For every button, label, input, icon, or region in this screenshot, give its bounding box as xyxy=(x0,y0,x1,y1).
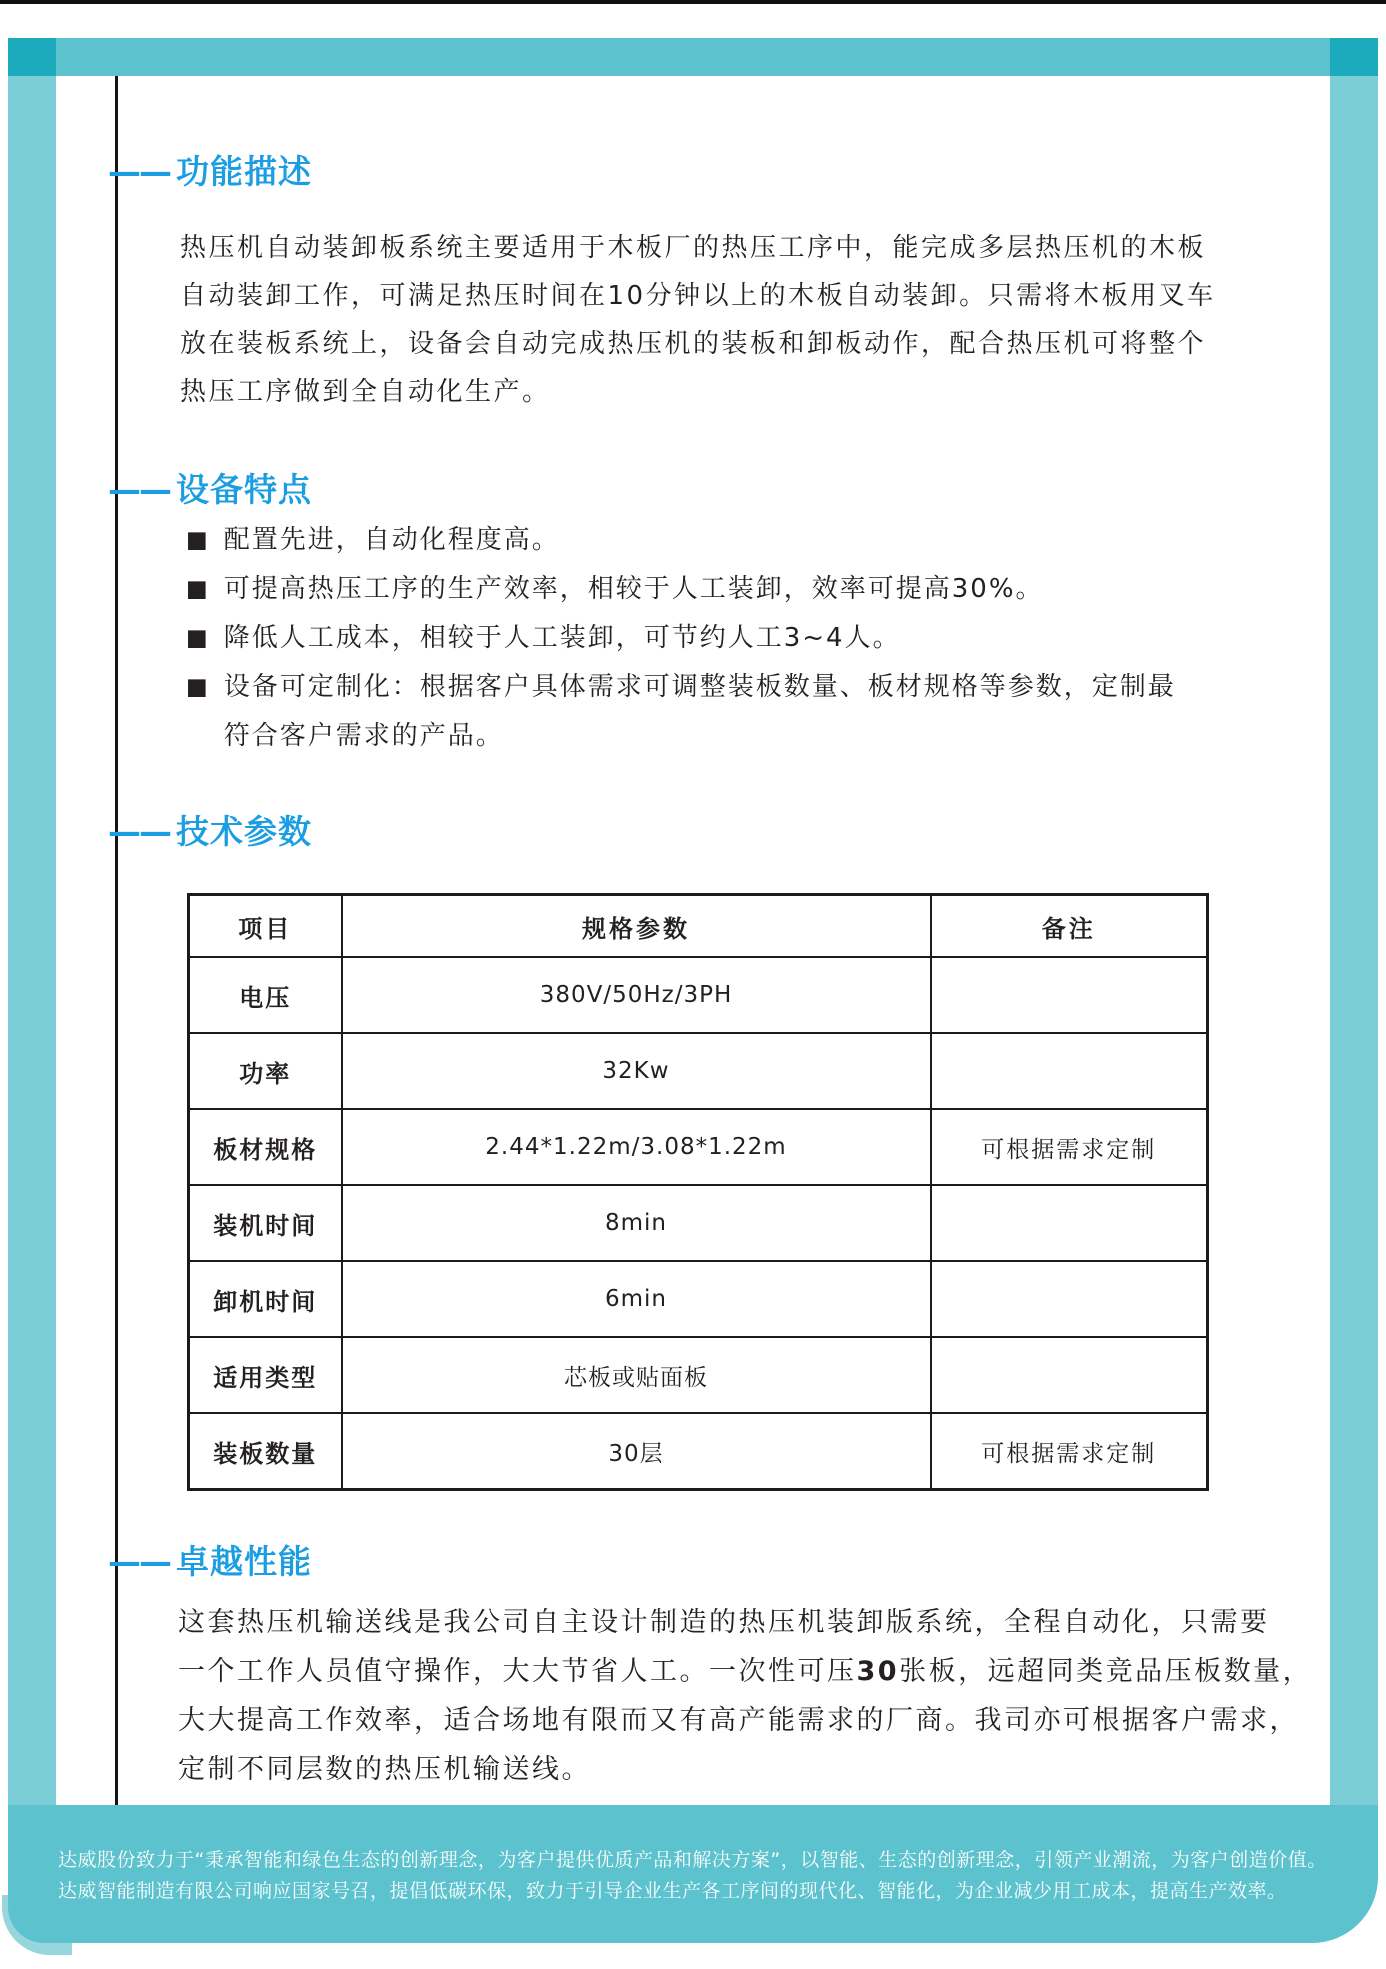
spec-value-cell: 6min xyxy=(342,1261,931,1337)
spec-note-cell xyxy=(931,1337,1208,1413)
bullet-square-icon: ■ xyxy=(186,565,210,614)
text-line: 热压机自动装卸板系统主要适用于木板厂的热压工序中，能完成多层热压机的木板 xyxy=(180,224,1216,272)
bullet-square-icon: ■ xyxy=(186,614,210,663)
feature-item: ■ 设备可定制化：根据客户具体需求可调整装板数量、板材规格等参数，定制最符合客户… xyxy=(186,663,1191,761)
text-line: 这套热压机输送线是我公司自主设计制造的热压机装卸版系统，全程自动化，只需要 xyxy=(178,1598,1312,1647)
spec-note-cell xyxy=(931,1185,1208,1261)
feature-item: ■ 降低人工成本，相较于人工装卸，可节约人工3~4人。 xyxy=(186,614,1191,663)
page-top-border xyxy=(0,0,1386,4)
section-title: 设备特点 xyxy=(176,470,312,510)
spec-item-cell: 装机时间 xyxy=(189,1185,342,1261)
spec-value-cell: 2.44*1.22m/3.08*1.22m xyxy=(342,1109,931,1185)
text-segment: 一个工作人员值守操作，大大节省人工。一次性可压 xyxy=(178,1656,857,1687)
spec-value-cell: 380V/50Hz/3PH xyxy=(342,957,931,1033)
spec-item-cell: 装板数量 xyxy=(189,1413,342,1490)
frame-corner-top-right xyxy=(1330,38,1378,76)
table-row: 适用类型 芯板或贴面板 xyxy=(189,1337,1208,1413)
spec-item-cell: 功率 xyxy=(189,1033,342,1109)
text-line: 大大提高工作效率，适合场地有限而又有高产能需求的厂商。我司亦可根据客户需求， xyxy=(178,1696,1312,1745)
spec-item-cell: 板材规格 xyxy=(189,1109,342,1185)
footer-company-statement: 达威股份致力于“秉承智能和绿色生态的创新理念，为客户提供优质产品和解决方案”，以… xyxy=(58,1845,1338,1907)
spec-note-cell: 可根据需求定制 xyxy=(931,1109,1208,1185)
bullet-square-icon: ■ xyxy=(186,516,210,565)
spec-note-cell xyxy=(931,1261,1208,1337)
feature-item-text: 设备可定制化：根据客户具体需求可调整装板数量、板材规格等参数，定制最符合客户需求… xyxy=(224,663,1191,761)
table-row: 功率 32Kw xyxy=(189,1033,1208,1109)
section-header-specs: —— 技术参数 xyxy=(108,812,312,852)
brochure-page: —— 功能描述 热压机自动装卸板系统主要适用于木板厂的热压工序中，能完成多层热压… xyxy=(0,0,1386,1969)
spec-note-cell xyxy=(931,957,1208,1033)
highlight-number: 30 xyxy=(857,1656,900,1687)
function-description-text: 热压机自动装卸板系统主要适用于木板厂的热压工序中，能完成多层热压机的木板 自动装… xyxy=(180,224,1216,416)
spec-item-cell: 卸机时间 xyxy=(189,1261,342,1337)
section-dash-icon: —— xyxy=(108,470,170,510)
section-dash-icon: —— xyxy=(108,152,170,192)
spec-table-header-row: 项目 规格参数 备注 xyxy=(189,895,1208,958)
footer-line: 达威股份致力于“秉承智能和绿色生态的创新理念，为客户提供优质产品和解决方案”，以… xyxy=(58,1845,1338,1876)
performance-text: 这套热压机输送线是我公司自主设计制造的热压机装卸版系统，全程自动化，只需要 一个… xyxy=(178,1598,1312,1794)
section-title: 卓越性能 xyxy=(176,1542,312,1582)
feature-item: ■ 配置先进，自动化程度高。 xyxy=(186,516,1191,565)
spec-value-cell: 32Kw xyxy=(342,1033,931,1109)
spec-value-cell: 8min xyxy=(342,1185,931,1261)
spec-note-cell xyxy=(931,1033,1208,1109)
frame-right-band xyxy=(1330,76,1378,1805)
feature-item-text: 可提高热压工序的生产效率，相较于人工装卸，效率可提高30%。 xyxy=(224,565,1044,614)
section-title: 功能描述 xyxy=(176,152,312,192)
spec-item-cell: 电压 xyxy=(189,957,342,1033)
feature-item-text: 配置先进，自动化程度高。 xyxy=(224,516,560,565)
frame-left-band xyxy=(8,76,56,1805)
text-line: 热压工序做到全自动化生产。 xyxy=(180,368,1216,416)
spec-table-header-cell: 项目 xyxy=(189,895,342,958)
feature-item-text: 降低人工成本，相较于人工装卸，可节约人工3~4人。 xyxy=(224,614,901,663)
section-dash-icon: —— xyxy=(108,812,170,852)
section-dash-icon: —— xyxy=(108,1542,170,1582)
section-header-performance: —— 卓越性能 xyxy=(108,1542,312,1582)
text-line: 定制不同层数的热压机输送线。 xyxy=(178,1745,1312,1794)
spec-value-cell: 芯板或贴面板 xyxy=(342,1337,931,1413)
frame-corner-top-left xyxy=(8,38,56,76)
section-header-function: —— 功能描述 xyxy=(108,152,312,192)
spec-table: 项目 规格参数 备注 电压 380V/50Hz/3PH 功率 32Kw 板材规格… xyxy=(187,893,1209,1491)
table-row: 卸机时间 6min xyxy=(189,1261,1208,1337)
bullet-square-icon: ■ xyxy=(186,663,210,712)
spec-table-header-cell: 规格参数 xyxy=(342,895,931,958)
text-line: 一个工作人员值守操作，大大节省人工。一次性可压30张板，远超同类竞品压板数量， xyxy=(178,1647,1312,1696)
feature-list: ■ 配置先进，自动化程度高。 ■ 可提高热压工序的生产效率，相较于人工装卸，效率… xyxy=(186,516,1191,761)
feature-item: ■ 可提高热压工序的生产效率，相较于人工装卸，效率可提高30%。 xyxy=(186,565,1191,614)
table-row: 电压 380V/50Hz/3PH xyxy=(189,957,1208,1033)
section-header-features: —— 设备特点 xyxy=(108,470,312,510)
table-row: 装板数量 30层 可根据需求定制 xyxy=(189,1413,1208,1490)
table-row: 板材规格 2.44*1.22m/3.08*1.22m 可根据需求定制 xyxy=(189,1109,1208,1185)
spec-note-cell: 可根据需求定制 xyxy=(931,1413,1208,1490)
text-line: 自动装卸工作，可满足热压时间在10分钟以上的木板自动装卸。只需将木板用叉车 xyxy=(180,272,1216,320)
spec-value-cell: 30层 xyxy=(342,1413,931,1490)
footer-line: 达威智能制造有限公司响应国家号召，提倡低碳环保，致力于引导企业生产各工序间的现代… xyxy=(58,1876,1338,1907)
table-row: 装机时间 8min xyxy=(189,1185,1208,1261)
text-line: 放在装板系统上，设备会自动完成热压机的装板和卸板动作，配合热压机可将整个 xyxy=(180,320,1216,368)
section-title: 技术参数 xyxy=(176,812,312,852)
spec-table-header-cell: 备注 xyxy=(931,895,1208,958)
spec-item-cell: 适用类型 xyxy=(189,1337,342,1413)
text-segment: 张板，远超同类竞品压板数量， xyxy=(899,1656,1312,1687)
